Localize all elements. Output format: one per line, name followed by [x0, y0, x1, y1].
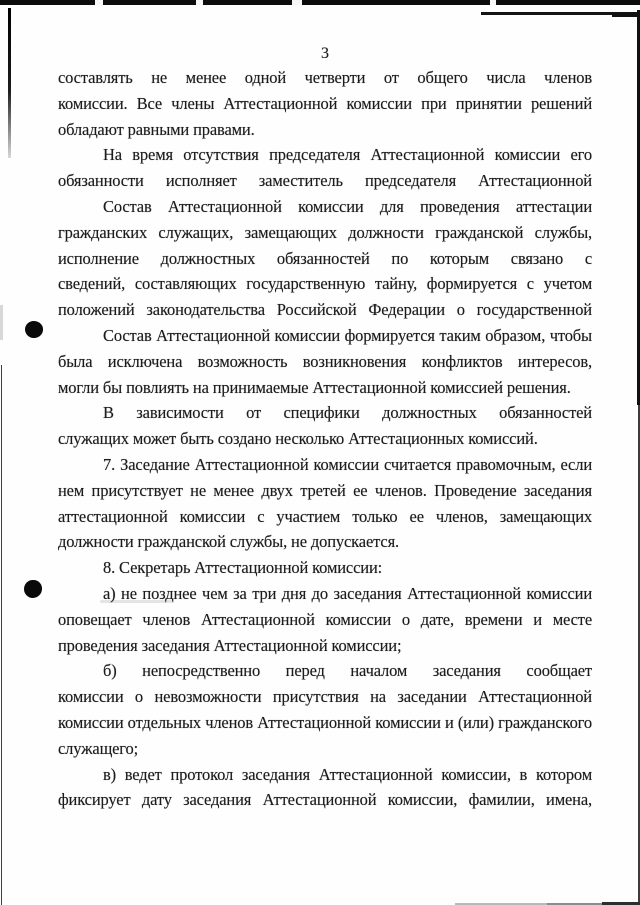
paragraph: Состав Аттестационной комиссии для прове… [58, 194, 592, 323]
text-line: б) непосредственно перед началом заседан… [58, 658, 592, 684]
text-line: обладают равными правами. [58, 117, 592, 143]
document-text: составлять не менее одной четверти от об… [58, 65, 592, 813]
paragraph: 7. Заседание Аттестационной комиссии счи… [58, 452, 592, 555]
page-number: 3 [58, 42, 592, 65]
paragraph: б) непосредственно перед началом заседан… [58, 658, 592, 761]
text-line: в) ведет протокол заседания Аттестационн… [58, 762, 592, 788]
text-line: служащих может быть создано несколько Ат… [58, 426, 592, 452]
text-line: положений законодательства Российской Фе… [58, 297, 592, 323]
paragraph: а) не позднее чем за три дня до заседани… [58, 581, 592, 658]
text-line: сведений, составляющих государственную т… [58, 271, 592, 297]
text-line: могли бы повлиять на принимаемые Аттеста… [58, 375, 592, 401]
scan-bar-gap [95, 0, 103, 5]
text-line: исполнение должностных обязанностей по к… [58, 246, 592, 272]
text-line: 7. Заседание Аттестационной комиссии счи… [58, 452, 592, 478]
text-line: комиссии о невозможности присутствия на … [58, 684, 592, 710]
text-line: должности гражданской службы, не допуска… [58, 529, 592, 555]
text-line: На время отсутствия председателя Аттеста… [58, 142, 592, 168]
document-body: 3 составлять не менее одной четверти от … [58, 42, 592, 813]
paragraph: Состав Аттестационной комиссии формирует… [58, 323, 592, 400]
top-scan-bar [0, 0, 640, 5]
left-scan-line-bottom [1, 365, 3, 905]
left-scan-mark [0, 305, 3, 340]
paragraph: составлять не менее одной четверти от об… [58, 65, 592, 142]
text-line: обязанности исполняет заместитель предсе… [58, 168, 592, 194]
text-line: Состав Аттестационной комиссии формирует… [58, 323, 592, 349]
text-line: служащего; [58, 736, 592, 762]
paragraph: В зависимости от специфики должностных о… [58, 400, 592, 452]
text-line: оповещает членов Аттестационной комиссии… [58, 607, 592, 633]
scan-bar-gap [490, 0, 496, 5]
text-line: фиксирует дату заседания Аттестационной … [58, 787, 592, 813]
text-line: комиссии. Все члены Аттестационной комис… [58, 91, 592, 117]
text-line: В зависимости от специфики должностных о… [58, 400, 592, 426]
text-line: была исключена возможность возникновения… [58, 349, 592, 375]
text-line: комиссии отдельных членов Аттестационной… [58, 710, 592, 736]
text-line: аттестационной комиссии с участием тольк… [58, 504, 592, 530]
text-line: а) не позднее чем за три дня до заседани… [58, 581, 592, 607]
text-line: гражданских служащих, замещающих должнос… [58, 220, 592, 246]
left-scan-line-top [8, 8, 11, 158]
scan-bar-gap [292, 0, 302, 5]
right-scan-line-lower [638, 405, 640, 905]
page-sheet: 3 составлять не менее одной четверти от … [0, 0, 640, 905]
text-line: проведения заседания Аттестационной коми… [58, 633, 592, 659]
paragraph: На время отсутствия председателя Аттеста… [58, 142, 592, 194]
text-line: Состав Аттестационной комиссии для прове… [58, 194, 592, 220]
hole-punch-top [23, 319, 44, 339]
text-line: нем присутствует не менее двух третей ее… [58, 478, 592, 504]
text-line: составлять не менее одной четверти от об… [58, 65, 592, 91]
top-right-scan-mark [612, 13, 640, 17]
hole-punch-bottom [24, 580, 42, 598]
scan-bar-gap [196, 0, 203, 5]
bottom-scan-line-light [455, 903, 547, 905]
paragraph: 8. Секретарь Аттестационной комиссии: [58, 555, 592, 581]
paragraph: в) ведет протокол заседания Аттестационн… [58, 762, 592, 814]
right-scan-line-upper [637, 10, 640, 405]
text-line: 8. Секретарь Аттестационной комиссии: [58, 555, 592, 581]
